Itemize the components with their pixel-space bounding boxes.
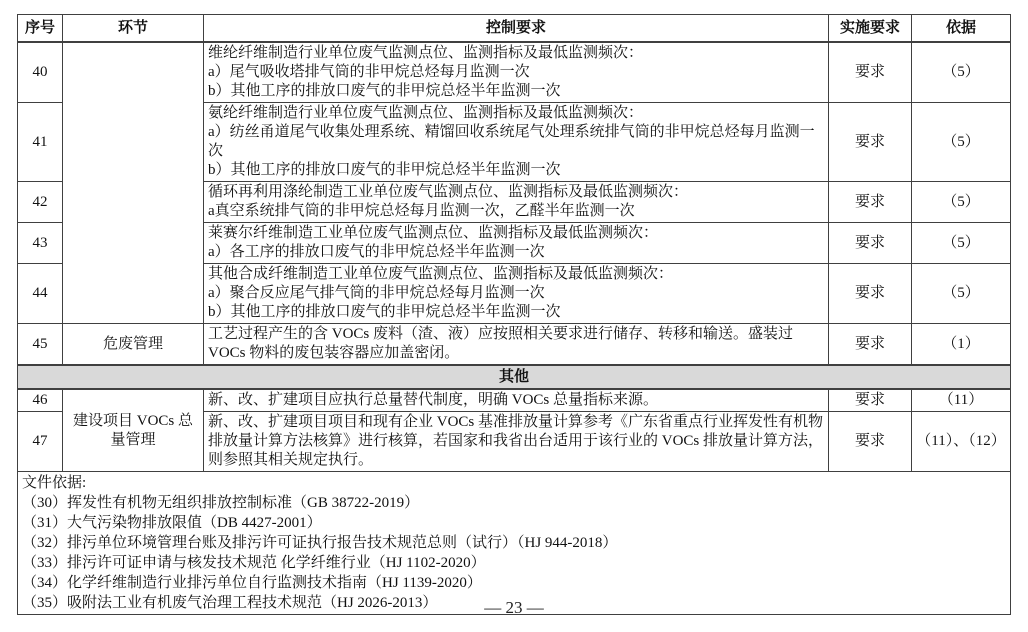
- basis-reference: （5）: [912, 264, 1011, 324]
- basis-reference: （11）: [912, 389, 1011, 412]
- row-number: 41: [18, 103, 63, 182]
- basis-reference: （5）: [912, 42, 1011, 103]
- control-requirement: 其他合成纤维制造工业单位废气监测点位、监测指标及最低监测频次： a）聚合反应尾气…: [204, 264, 829, 324]
- control-requirement: 莱赛尔纤维制造工业单位废气监测点位、监测指标及最低监测频次： a）各工序的排放口…: [204, 223, 829, 264]
- row-number: 40: [18, 42, 63, 103]
- basis-reference: （5）: [912, 103, 1011, 182]
- control-line: 工艺过程产生的含 VOCs 废料（渣、液）应按照相关要求进行储存、转移和输送。盛…: [208, 325, 824, 363]
- basis-reference: （5）: [912, 182, 1011, 223]
- control-line: a）尾气吸收塔排气筒的非甲烷总烃每月监测一次: [208, 63, 824, 82]
- control-line: 维纶纤维制造行业单位废气监测点位、监测指标及最低监测频次：: [208, 44, 824, 63]
- section-divider-label: 其他: [18, 365, 1011, 389]
- row-number: 46: [18, 389, 63, 412]
- control-line: b）其他工序的排放口废气的非甲烷总烃半年监测一次: [208, 161, 824, 180]
- header-impl: 实施要求: [829, 15, 912, 43]
- control-requirement: 维纶纤维制造行业单位废气监测点位、监测指标及最低监测频次： a）尾气吸收塔排气筒…: [204, 42, 829, 103]
- header-control: 控制要求: [204, 15, 829, 43]
- control-requirement: 氨纶纤维制造行业单位废气监测点位、监测指标及最低监测频次： a）纺丝甬道尾气收集…: [204, 103, 829, 182]
- section-divider-row: 其他: [18, 365, 1011, 389]
- stage-cell-46-47: 建设项目 VOCs 总量管理: [63, 389, 204, 472]
- file-basis-item: （32）排污单位环境管理台账及排污许可证执行报告技术规范总则（试行）（HJ 94…: [22, 533, 1006, 553]
- control-line: 其他合成纤维制造工业单位废气监测点位、监测指标及最低监测频次：: [208, 265, 824, 284]
- file-basis-row: 文件依据: （30）挥发性有机物无组织排放控制标准（GB 38722-2019）…: [18, 472, 1011, 615]
- implementation-requirement: 要求: [829, 324, 912, 366]
- control-line: 氨纶纤维制造行业单位废气监测点位、监测指标及最低监测频次：: [208, 104, 824, 123]
- control-requirements-table: 序号 环节 控制要求 实施要求 依据 40 维纶纤维制造行业单位废气监测点位、监…: [17, 14, 1011, 615]
- stage-cell-45: 危废管理: [63, 324, 204, 366]
- implementation-requirement: 要求: [829, 42, 912, 103]
- page-number: — 23 —: [0, 598, 1028, 618]
- row-number: 42: [18, 182, 63, 223]
- control-line: 循环再利用涤纶制造工业单位废气监测点位、监测指标及最低监测频次：: [208, 183, 824, 202]
- basis-reference: （11）、（12）: [912, 412, 1011, 472]
- control-line: b）其他工序的排放口废气的非甲烷总烃半年监测一次: [208, 82, 824, 101]
- control-line: a）各工序的排放口废气的非甲烷总烃半年监测一次: [208, 243, 824, 262]
- stage-cell-40-44: [63, 42, 204, 324]
- control-line: a真空系统排气筒的非甲烷总烃每月监测一次，乙醛半年监测一次: [208, 202, 824, 221]
- header-seq: 序号: [18, 15, 63, 43]
- file-basis-item: （31）大气污染物排放限值（DB 4427-2001）: [22, 513, 1006, 533]
- row-number: 47: [18, 412, 63, 472]
- header-basis: 依据: [912, 15, 1011, 43]
- implementation-requirement: 要求: [829, 182, 912, 223]
- control-requirement: 工艺过程产生的含 VOCs 废料（渣、液）应按照相关要求进行储存、转移和输送。盛…: [204, 324, 829, 366]
- file-basis-cell: 文件依据: （30）挥发性有机物无组织排放控制标准（GB 38722-2019）…: [18, 472, 1011, 615]
- row-number: 44: [18, 264, 63, 324]
- control-line: a）纺丝甬道尾气收集处理系统、精馏回收系统尾气处理系统排气筒的非甲烷总烃每月监测…: [208, 123, 824, 161]
- row-number: 43: [18, 223, 63, 264]
- file-basis-item: （33）排污许可证申请与核发技术规范 化学纤维行业（HJ 1102-2020）: [22, 553, 1006, 573]
- control-requirement: 新、改、扩建项目应执行总量替代制度，明确 VOCs 总量指标来源。: [204, 389, 829, 412]
- control-line: b）其他工序的排放口废气的非甲烷总烃半年监测一次: [208, 303, 824, 322]
- control-requirement: 循环再利用涤纶制造工业单位废气监测点位、监测指标及最低监测频次： a真空系统排气…: [204, 182, 829, 223]
- basis-reference: （1）: [912, 324, 1011, 366]
- table-row-40: 40 维纶纤维制造行业单位废气监测点位、监测指标及最低监测频次： a）尾气吸收塔…: [18, 42, 1011, 103]
- control-line: 新、改、扩建项目应执行总量替代制度，明确 VOCs 总量指标来源。: [208, 391, 824, 410]
- control-requirement: 新、改、扩建项目项目和现有企业 VOCs 基准排放量计算参考《广东省重点行业挥发…: [204, 412, 829, 472]
- implementation-requirement: 要求: [829, 389, 912, 412]
- file-basis-item: （30）挥发性有机物无组织排放控制标准（GB 38722-2019）: [22, 493, 1006, 513]
- table-row-46: 46 建设项目 VOCs 总量管理 新、改、扩建项目应执行总量替代制度，明确 V…: [18, 389, 1011, 412]
- row-number: 45: [18, 324, 63, 366]
- basis-reference: （5）: [912, 223, 1011, 264]
- implementation-requirement: 要求: [829, 264, 912, 324]
- control-line: a）聚合反应尾气排气筒的非甲烷总烃每月监测一次: [208, 284, 824, 303]
- control-line: 莱赛尔纤维制造工业单位废气监测点位、监测指标及最低监测频次：: [208, 224, 824, 243]
- file-basis-label: 文件依据:: [22, 473, 1006, 493]
- implementation-requirement: 要求: [829, 223, 912, 264]
- implementation-requirement: 要求: [829, 103, 912, 182]
- document-page: 序号 环节 控制要求 实施要求 依据 40 维纶纤维制造行业单位废气监测点位、监…: [0, 0, 1028, 632]
- header-stage: 环节: [63, 15, 204, 43]
- control-line: 新、改、扩建项目项目和现有企业 VOCs 基准排放量计算参考《广东省重点行业挥发…: [208, 413, 824, 470]
- table-row-45: 45 危废管理 工艺过程产生的含 VOCs 废料（渣、液）应按照相关要求进行储存…: [18, 324, 1011, 366]
- file-basis-item: （34）化学纤维制造行业排污单位自行监测技术指南（HJ 1139-2020）: [22, 573, 1006, 593]
- table-header-row: 序号 环节 控制要求 实施要求 依据: [18, 15, 1011, 43]
- implementation-requirement: 要求: [829, 412, 912, 472]
